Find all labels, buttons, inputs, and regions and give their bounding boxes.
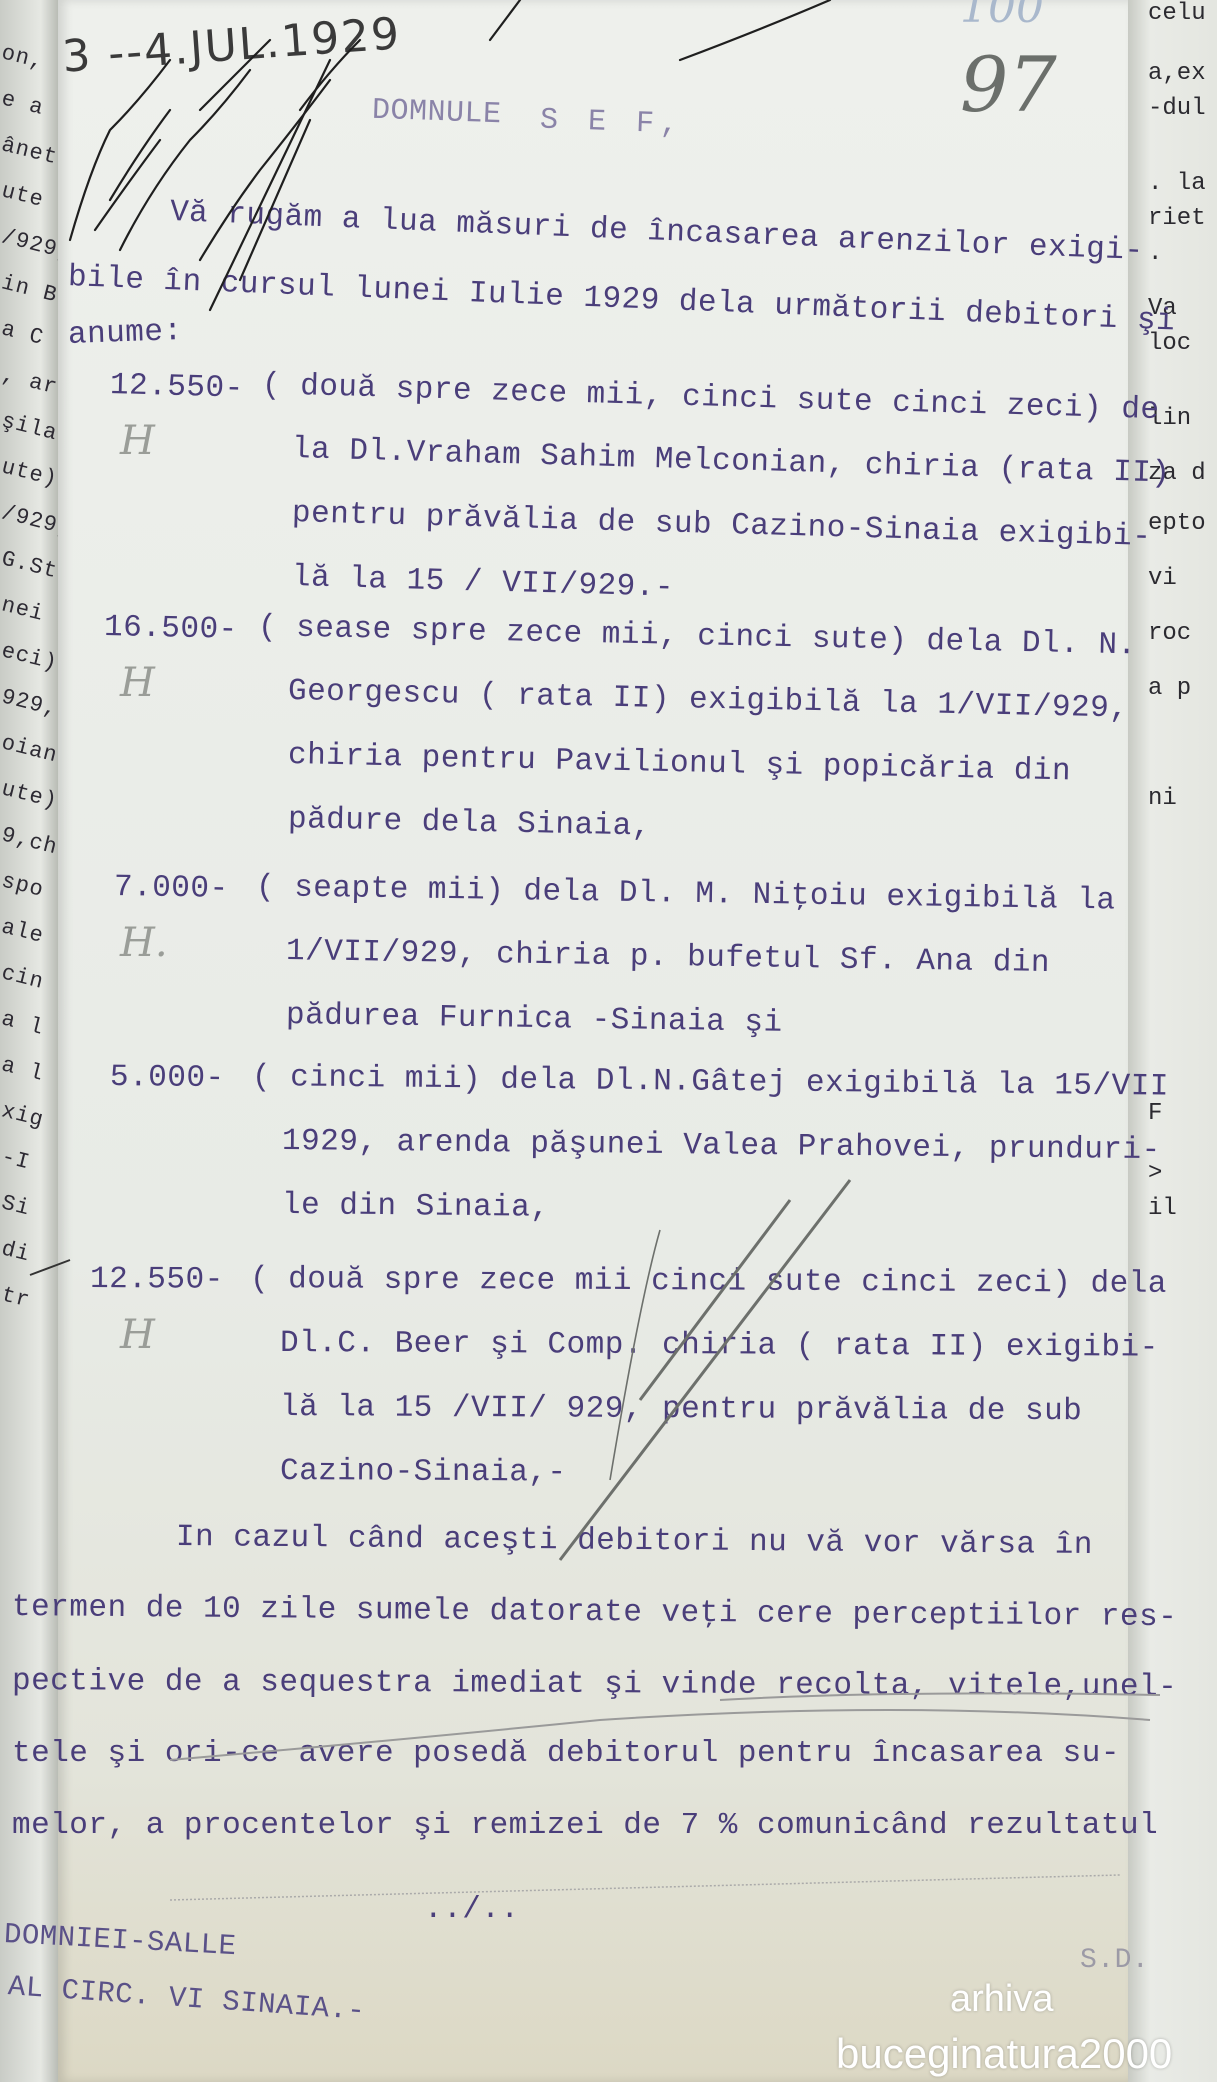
pencil-check-mark: H. bbox=[120, 920, 168, 966]
left-page-text-fragment: ânet; bbox=[0, 132, 58, 173]
debtor-amount: 5.000- bbox=[110, 1060, 225, 1096]
greeting-title: S E F, bbox=[539, 103, 684, 142]
left-page-text-fragment: in B bbox=[0, 270, 58, 308]
pencil-check-mark: H bbox=[120, 1312, 155, 1358]
left-page-text-fragment: xig bbox=[0, 1098, 46, 1133]
left-page-text-fragment: 929, bbox=[0, 684, 58, 722]
right-page-text-fragment: il bbox=[1148, 1195, 1177, 1222]
right-page-text-fragment: . la bbox=[1148, 170, 1206, 197]
pencil-check-mark: H bbox=[120, 660, 155, 706]
left-page-text-fragment: cin bbox=[0, 960, 46, 995]
debtor-amount: 7.000- bbox=[114, 870, 229, 907]
left-page-text-fragment: e a bbox=[0, 86, 46, 121]
left-page-text-fragment: spo bbox=[0, 868, 46, 903]
intro-line: anume: bbox=[67, 314, 183, 353]
debtor-line: lă la 15 /VII/ 929, pentru prăvălia de s… bbox=[280, 1390, 1083, 1429]
left-page-text-fragment: on, bbox=[0, 40, 46, 75]
watermark-line: buceginatura2000 bbox=[836, 2030, 1172, 2078]
left-page-text-fragment: -I bbox=[0, 1144, 33, 1175]
left-page-text-fragment: oian bbox=[0, 730, 58, 768]
left-page-text-fragment: ute) bbox=[0, 454, 58, 492]
debtor-amount: 12.550- bbox=[110, 368, 245, 407]
debtor-amount: 12.550- bbox=[90, 1262, 224, 1298]
watermark-line: arhiva bbox=[950, 1978, 1054, 2021]
left-page-text-fragment: a l bbox=[0, 1006, 46, 1041]
left-page-text-fragment: /929, bbox=[0, 500, 58, 541]
left-page-text-fragment: tr bbox=[0, 1282, 33, 1313]
left-page-text-fragment: ute) bbox=[0, 776, 58, 814]
left-page-text-fragment: G.St bbox=[0, 546, 58, 584]
left-page-text-fragment: ute bbox=[0, 178, 46, 213]
right-page-text-fragment: a,ex bbox=[1148, 60, 1206, 87]
closing-line: pective de a sequestra imediat şi vinde … bbox=[12, 1664, 1177, 1705]
right-page-text-fragment: vi bbox=[1148, 565, 1177, 592]
signature-initials: S.D. bbox=[1080, 1945, 1149, 1976]
left-page-text-fragment: , ar bbox=[0, 362, 58, 400]
greeting-word: DOMNULE bbox=[371, 94, 502, 132]
left-page-text-fragment: şila bbox=[0, 408, 58, 446]
left-page-text-fragment: 9,ch bbox=[0, 822, 58, 860]
closing-line: tele şi ori-ce avere posedă debitorul pe… bbox=[12, 1736, 1120, 1771]
continuation-mark: ../.. bbox=[424, 1892, 520, 1927]
left-page-text-fragment: a C bbox=[0, 316, 46, 351]
right-page-text-fragment: celu bbox=[1148, 0, 1206, 27]
right-page-text-fragment: . bbox=[1148, 240, 1162, 267]
left-page-text-fragment: Si bbox=[0, 1190, 33, 1221]
debtor-line: Dl.C. Beer şi Comp. chiria ( rata II) ex… bbox=[280, 1326, 1159, 1366]
debtor-line: Cazino-Sinaia,- bbox=[280, 1454, 567, 1490]
left-page-text-fragment: eci) bbox=[0, 638, 58, 676]
pencil-check-mark: H bbox=[120, 418, 155, 464]
left-page-text-fragment: a l bbox=[0, 1052, 46, 1087]
left-page-text-fragment: ale bbox=[0, 914, 46, 949]
debtor-amount: 16.500- bbox=[104, 610, 238, 648]
left-page-text-fragment: /929, bbox=[0, 224, 58, 265]
page-number-handwritten: 97 bbox=[960, 40, 1057, 129]
right-page-text-fragment: riet bbox=[1148, 205, 1206, 232]
top-note-pencil: 100 bbox=[960, 0, 1044, 33]
left-page-text-fragment: nei bbox=[0, 592, 46, 627]
closing-line: melor, a procentelor şi remizei de 7 % c… bbox=[12, 1808, 1158, 1843]
right-page-text-fragment: a p bbox=[1148, 675, 1191, 702]
right-page-text-fragment: -dul bbox=[1148, 95, 1206, 122]
right-page-text-fragment: ni bbox=[1148, 785, 1177, 812]
debtor-line: ( două spre zece mii cinci sute cinci ze… bbox=[250, 1262, 1167, 1302]
left-page-text-fragment: di bbox=[0, 1236, 33, 1267]
right-page-text-fragment: epto bbox=[1148, 510, 1206, 537]
right-page-text-fragment: roc bbox=[1148, 620, 1191, 647]
debtor-line: le din Sinaia, bbox=[282, 1188, 550, 1226]
